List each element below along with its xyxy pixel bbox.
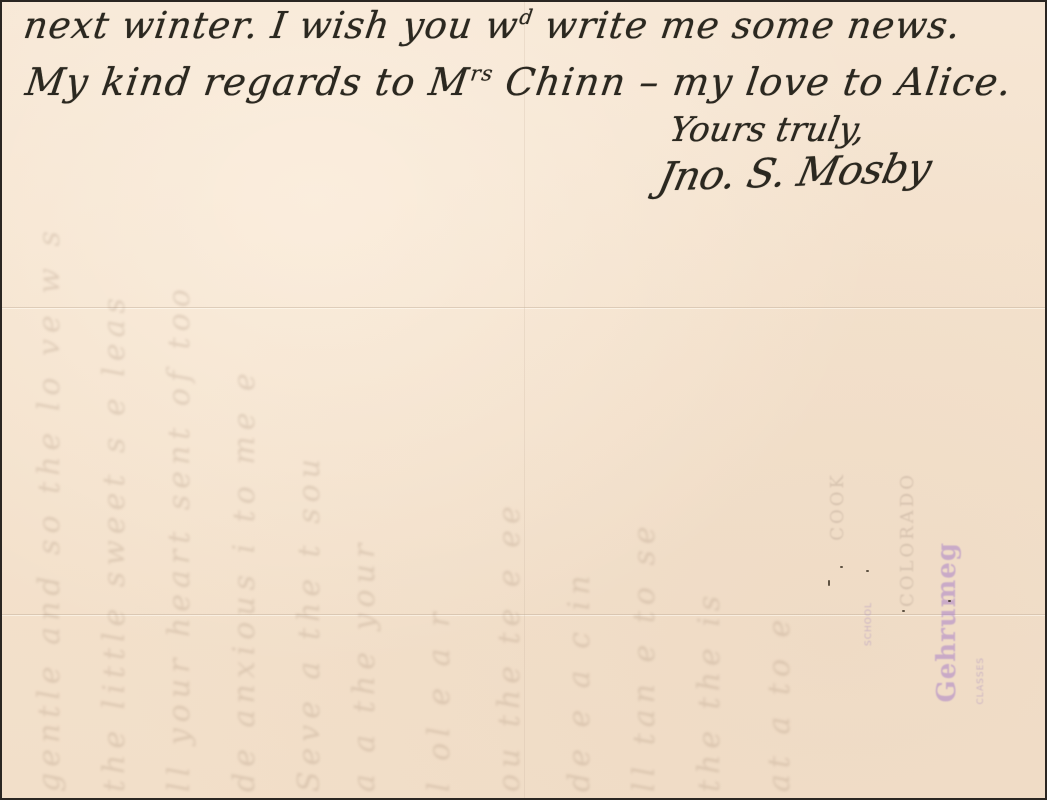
letter-page: gentle and so the lo ve w s the little s… [0, 0, 1047, 800]
ink-speck [902, 610, 905, 612]
bleed-column: gentle and so the lo ve w s [32, 232, 67, 792]
bleed-column: ou the te e ee [492, 232, 527, 792]
bleed-column: l ol e a r [422, 232, 457, 792]
ink-speck [828, 580, 830, 586]
letter-line-1: next winter. I wish you wd write me some… [21, 4, 964, 47]
fold-line-vertical [524, 2, 525, 798]
purple-stamp: Gehrumeg [932, 542, 962, 702]
ink-speck [840, 566, 843, 568]
bleed-column: ll tan e to se [627, 232, 662, 792]
bleed-column: Seve a the t sou [292, 232, 327, 792]
ink-speck [866, 570, 869, 572]
letter-line-2: My kind regards to Mrs Chinn – my love t… [23, 60, 1015, 104]
bleed-column: de e a c in [562, 232, 597, 792]
stamp-small-text: SCHOOL [864, 602, 874, 646]
line-text: My kind regards to M [23, 60, 473, 104]
ink-speck [948, 600, 951, 602]
bleed-column: ll your heart sent of too [162, 232, 197, 792]
signature: Jno. S. Mosby [654, 145, 935, 200]
bleed-column: at a to e [762, 232, 797, 792]
bleed-column: the the is [692, 232, 727, 792]
reverse-print-text: COLORADO [897, 472, 918, 607]
bleed-column: de anxious i to me e [227, 232, 262, 792]
bleed-column: the little sweet s e leas [97, 232, 132, 792]
stamp-small-text: CLASSES [976, 657, 986, 705]
reverse-print-text: COOK [827, 472, 848, 541]
bleed-column: a a the your [347, 232, 382, 792]
letter-closing: Yours truly, [666, 110, 868, 150]
line-text: next winter. I wish you w [21, 4, 521, 47]
line-text: Chinn – my love to Alice. [489, 60, 1015, 104]
line-text: write me some news. [529, 4, 963, 47]
